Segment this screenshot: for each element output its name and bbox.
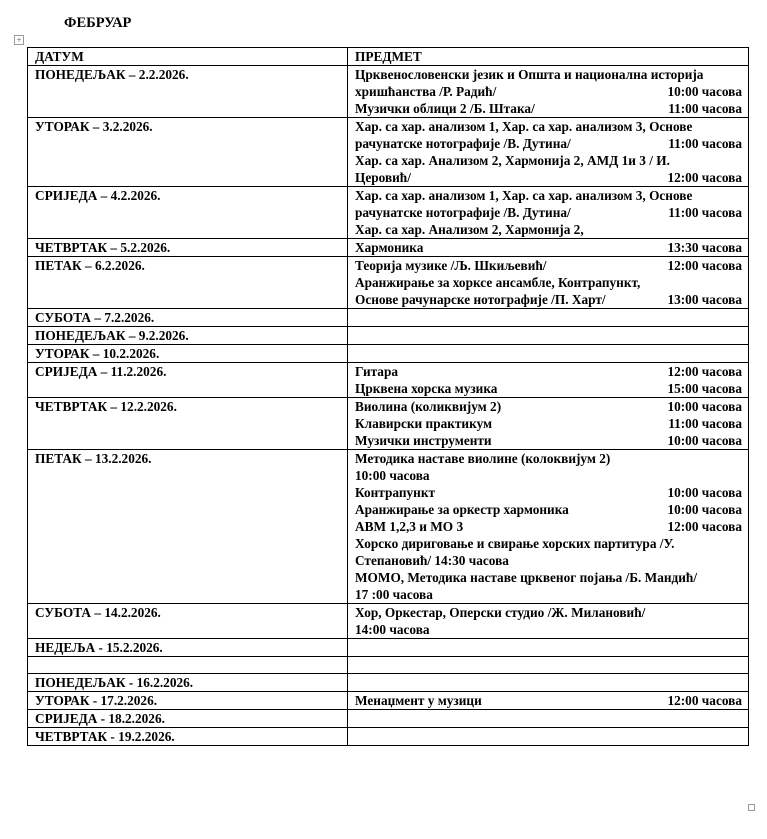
- header-date: ДАТУМ: [28, 48, 348, 66]
- subject-entry: Контрапункт10:00 часова: [355, 484, 742, 501]
- subject-text: Менаџмент у музици: [355, 692, 485, 709]
- subject-text: Хар. са хар. анализом 1, Хар. са хар. ан…: [355, 118, 695, 135]
- table-row: ПОНЕДЕЉАК – 9.2.2026.: [28, 327, 749, 345]
- subject-cell: [348, 345, 749, 363]
- date-cell: ЧЕТВРТАК – 12.2.2026.: [28, 398, 348, 450]
- subject-text: Церовић/: [355, 169, 414, 186]
- subject-text: 14:00 часова: [355, 621, 433, 638]
- date-cell: ЧЕТВРТАК – 5.2.2026.: [28, 239, 348, 257]
- subject-cell: Хармоника13:30 часова: [348, 239, 749, 257]
- subject-entry: Музички облици 2 /Б. Штака/11:00 часова: [355, 100, 742, 117]
- subject-text: Хор, Оркестар, Оперски студио /Ж. Милано…: [355, 604, 648, 621]
- date-cell: УТОРАК – 3.2.2026.: [28, 118, 348, 187]
- subject-text: АВМ 1,2,3 и МО 3: [355, 518, 466, 535]
- subject-entry: Аранжирање за оркестр хармоника10:00 час…: [355, 501, 742, 518]
- table-row: СУБОТА – 7.2.2026.: [28, 309, 749, 327]
- subject-cell: Виолина (коликвијум 2)10:00 часоваКлавир…: [348, 398, 749, 450]
- date-cell: ЧЕТВРТАК - 19.2.2026.: [28, 728, 348, 746]
- subject-time: 15:00 часова: [667, 380, 742, 397]
- subject-entry: Хор, Оркестар, Оперски студио /Ж. Милано…: [355, 604, 742, 621]
- subject-cell: Теорија музике /Љ. Шкиљевић/12:00 часова…: [348, 257, 749, 309]
- subject-cell: [348, 728, 749, 746]
- subject-time: 11:00 часова: [668, 100, 742, 117]
- subject-cell: [348, 639, 749, 657]
- table-body: ПОНЕДЕЉАК – 2.2.2026.Црквенословенски је…: [28, 66, 749, 746]
- subject-entry: Хорско дириговање и свирање хорских парт…: [355, 535, 742, 552]
- subject-entry: Теорија музике /Љ. Шкиљевић/12:00 часова: [355, 257, 742, 274]
- subject-entry: Степановић/ 14:30 часова: [355, 552, 742, 569]
- table-row: ПЕТАК – 13.2.2026.Методика наставе виоли…: [28, 450, 749, 604]
- subject-entry: Гитара12:00 часова: [355, 363, 742, 380]
- subject-text: Степановић/ 14:30 часова: [355, 552, 512, 569]
- subject-entry: Церовић/12:00 часова: [355, 169, 742, 186]
- subject-entry: Хар. са хар. анализом 1, Хар. са хар. ан…: [355, 118, 742, 135]
- date-cell: УТОРАК – 10.2.2026.: [28, 345, 348, 363]
- subject-time: 12:00 часова: [667, 518, 742, 535]
- subject-time: 13:30 часова: [667, 239, 742, 256]
- table-resize-handle-icon[interactable]: [748, 804, 755, 811]
- subject-entry: Црквена хорска музика15:00 часова: [355, 380, 742, 397]
- table-row: СРИЈЕДА - 18.2.2026.: [28, 710, 749, 728]
- date-cell: ПОНЕДЕЉАК – 2.2.2026.: [28, 66, 348, 118]
- table-header-row: ДАТУМ ПРЕДМЕТ: [28, 48, 749, 66]
- subject-time: 12:00 часова: [667, 692, 742, 709]
- subject-cell: Хар. са хар. анализом 1, Хар. са хар. ан…: [348, 187, 749, 239]
- subject-text: Виолина (коликвијум 2): [355, 398, 504, 415]
- table-row: ПОНЕДЕЉАК - 16.2.2026.: [28, 674, 749, 692]
- subject-time: 12:00 часова: [667, 169, 742, 186]
- table-row: СУБОТА – 14.2.2026.Хор, Оркестар, Оперск…: [28, 604, 749, 639]
- subject-text: Гитара: [355, 363, 401, 380]
- table-row: УТОРАК – 3.2.2026.Хар. са хар. анализом …: [28, 118, 749, 187]
- date-cell: СРИЈЕДА - 18.2.2026.: [28, 710, 348, 728]
- subject-text: Аранжирање за хорксе ансамбле, Контрапун…: [355, 274, 643, 291]
- date-cell: НЕДЕЉА - 15.2.2026.: [28, 639, 348, 657]
- subject-text: 17 :00 часова: [355, 586, 436, 603]
- subject-text: Музички инструменти: [355, 432, 495, 449]
- subject-text: Контрапункт: [355, 484, 438, 501]
- subject-cell: [348, 674, 749, 692]
- subject-entry: хришћанства /Р. Радић/10:00 часова: [355, 83, 742, 100]
- subject-entry: Менаџмент у музици12:00 часова: [355, 692, 742, 709]
- subject-time: 11:00 часова: [668, 415, 742, 432]
- date-cell: ПЕТАК – 13.2.2026.: [28, 450, 348, 604]
- subject-time: 11:00 часова: [668, 204, 742, 221]
- header-subject: ПРЕДМЕТ: [348, 48, 749, 66]
- subject-text: рачунатске нотографије /В. Дутина/: [355, 204, 574, 221]
- subject-entry: Хар. са хар. анализом 1, Хар. са хар. ан…: [355, 187, 742, 204]
- subject-entry: 17 :00 часова: [355, 586, 742, 603]
- subject-text: хришћанства /Р. Радић/: [355, 83, 499, 100]
- subject-text: Хар. са хар. анализом 1, Хар. са хар. ан…: [355, 187, 695, 204]
- subject-text: Аранжирање за оркестр хармоника: [355, 501, 572, 518]
- table-row: ПЕТАК – 6.2.2026.Теорија музике /Љ. Шкиљ…: [28, 257, 749, 309]
- date-cell: УТОРАК - 17.2.2026.: [28, 692, 348, 710]
- subject-text: Хорско дириговање и свирање хорских парт…: [355, 535, 677, 552]
- table-row: СРИЈЕДА – 4.2.2026.Хар. са хар. анализом…: [28, 187, 749, 239]
- subject-entry: рачунатске нотографије /В. Дутина/11:00 …: [355, 204, 742, 221]
- subject-time: 12:00 часова: [667, 363, 742, 380]
- table-row: УТОРАК – 10.2.2026.: [28, 345, 749, 363]
- table-move-handle-icon[interactable]: +: [14, 35, 24, 45]
- table-row: [28, 657, 749, 674]
- subject-text: Хар. са хар. Анализом 2, Хармонија 2,: [355, 221, 587, 238]
- date-cell: СУБОТА – 14.2.2026.: [28, 604, 348, 639]
- table-row: ЧЕТВРТАК – 12.2.2026.Виолина (коликвијум…: [28, 398, 749, 450]
- subject-text: Основе рачунарске нотографије /П. Харт/: [355, 291, 609, 308]
- page-title: ФЕБРУАР: [64, 15, 131, 32]
- subject-time: 10:00 часова: [667, 398, 742, 415]
- subject-text: МОМО, Методика наставе црквеног појања /…: [355, 569, 700, 586]
- subject-cell: Гитара12:00 часоваЦрквена хорска музика1…: [348, 363, 749, 398]
- subject-cell: Хор, Оркестар, Оперски студио /Ж. Милано…: [348, 604, 749, 639]
- subject-time: 10:00 часова: [667, 83, 742, 100]
- subject-entry: Методика наставе виолине (колоквијум 2): [355, 450, 742, 467]
- subject-cell: Менаџмент у музици12:00 часова: [348, 692, 749, 710]
- date-cell: ПЕТАК – 6.2.2026.: [28, 257, 348, 309]
- subject-cell: Методика наставе виолине (колоквијум 2)1…: [348, 450, 749, 604]
- subject-cell: Хар. са хар. анализом 1, Хар. са хар. ан…: [348, 118, 749, 187]
- subject-entry: Хармоника13:30 часова: [355, 239, 742, 256]
- subject-text: Методика наставе виолине (колоквијум 2): [355, 450, 613, 467]
- table-row: ЧЕТВРТАК – 5.2.2026.Хармоника13:30 часов…: [28, 239, 749, 257]
- subject-cell: [348, 327, 749, 345]
- subject-entry: МОМО, Методика наставе црквеног појања /…: [355, 569, 742, 586]
- subject-cell: [348, 309, 749, 327]
- subject-entry: Црквенословенски језик и Општа и национа…: [355, 66, 742, 83]
- subject-cell: Црквенословенски језик и Општа и национа…: [348, 66, 749, 118]
- subject-entry: Музички инструменти10:00 часова: [355, 432, 742, 449]
- date-cell: СРИЈЕДА – 11.2.2026.: [28, 363, 348, 398]
- subject-text: рачунатске нотографије /В. Дутина/: [355, 135, 574, 152]
- subject-entry: Хар. са хар. Анализом 2, Хармонија 2, АМ…: [355, 152, 742, 169]
- table-row: УТОРАК - 17.2.2026.Менаџмент у музици12:…: [28, 692, 749, 710]
- date-cell: [28, 657, 348, 674]
- date-cell: СРИЈЕДА – 4.2.2026.: [28, 187, 348, 239]
- subject-text: Клавирски практикум: [355, 415, 495, 432]
- subject-text: Хармоника: [355, 239, 426, 256]
- subject-time: 11:00 часова: [668, 135, 742, 152]
- subject-entry: Виолина (коликвијум 2)10:00 часова: [355, 398, 742, 415]
- subject-text: Црквенословенски језик и Општа и национа…: [355, 66, 706, 83]
- subject-time: 12:00 часова: [667, 257, 742, 274]
- schedule-table: ДАТУМ ПРЕДМЕТ ПОНЕДЕЉАК – 2.2.2026.Цркве…: [27, 47, 749, 746]
- subject-time: 13:00 часова: [667, 291, 742, 308]
- subject-entry: 10:00 часова: [355, 467, 742, 484]
- subject-text: Музички облици 2 /Б. Штака/: [355, 100, 538, 117]
- table-row: ПОНЕДЕЉАК – 2.2.2026.Црквенословенски је…: [28, 66, 749, 118]
- subject-entry: Хар. са хар. Анализом 2, Хармонија 2,: [355, 221, 742, 238]
- subject-entry: Основе рачунарске нотографије /П. Харт/1…: [355, 291, 742, 308]
- subject-cell: [348, 657, 749, 674]
- subject-text: 10:00 часова: [355, 467, 433, 484]
- table-row: НЕДЕЉА - 15.2.2026.: [28, 639, 749, 657]
- subject-entry: рачунатске нотографије /В. Дутина/11:00 …: [355, 135, 742, 152]
- subject-entry: 14:00 часова: [355, 621, 742, 638]
- subject-time: 10:00 часова: [667, 484, 742, 501]
- table-row: ЧЕТВРТАК - 19.2.2026.: [28, 728, 749, 746]
- subject-text: Теорија музике /Љ. Шкиљевић/: [355, 257, 549, 274]
- table-row: СРИЈЕДА – 11.2.2026.Гитара12:00 часоваЦр…: [28, 363, 749, 398]
- subject-entry: Аранжирање за хорксе ансамбле, Контрапун…: [355, 274, 742, 291]
- subject-time: 10:00 часова: [667, 501, 742, 518]
- date-cell: ПОНЕДЕЉАК - 16.2.2026.: [28, 674, 348, 692]
- subject-entry: АВМ 1,2,3 и МО 312:00 часова: [355, 518, 742, 535]
- date-cell: СУБОТА – 7.2.2026.: [28, 309, 348, 327]
- subject-text: Црквена хорска музика: [355, 380, 500, 397]
- date-cell: ПОНЕДЕЉАК – 9.2.2026.: [28, 327, 348, 345]
- subject-time: 10:00 часова: [667, 432, 742, 449]
- subject-text: Хар. са хар. Анализом 2, Хармонија 2, АМ…: [355, 152, 673, 169]
- subject-cell: [348, 710, 749, 728]
- subject-entry: Клавирски практикум11:00 часова: [355, 415, 742, 432]
